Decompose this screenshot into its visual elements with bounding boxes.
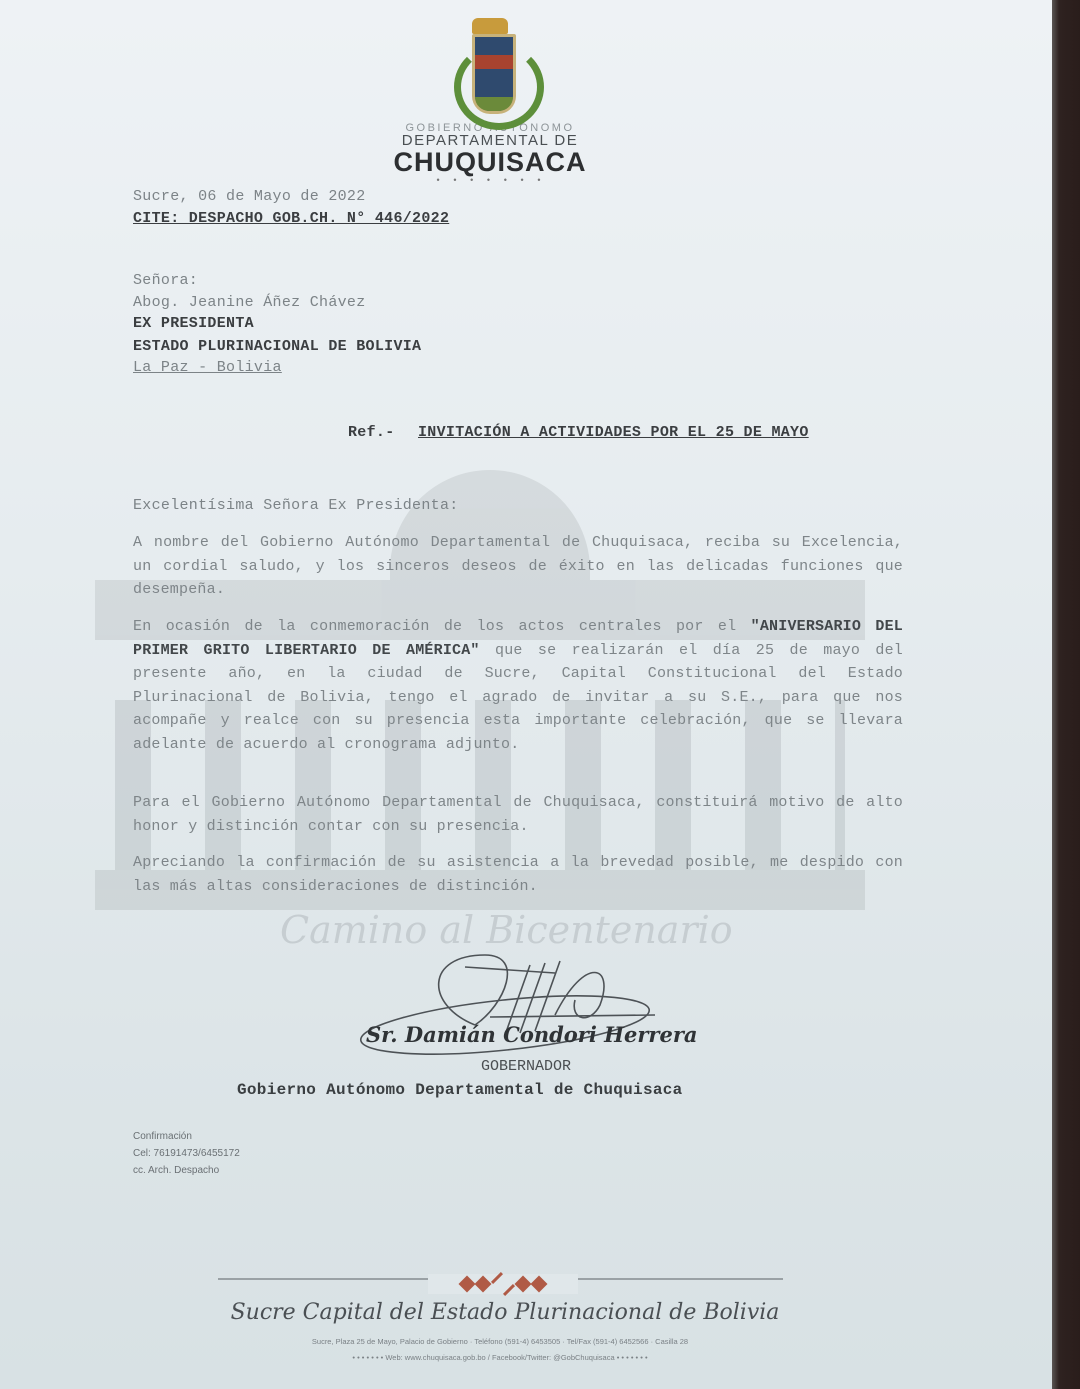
table-background-edge	[1052, 0, 1080, 1389]
letterhead-dots: • • • • • • •	[380, 176, 600, 186]
signer-name: Sr. Damián Condori Herrera	[366, 1022, 698, 1047]
letterhead-logo: GOBIERNO AUTÓNOMO DEPARTAMENTAL DE CHUQU…	[380, 18, 600, 186]
letterhead-line2: DEPARTAMENTAL DE	[380, 134, 600, 148]
confirmation-phone: Cel: 76191473/6455172	[133, 1145, 240, 1162]
footer-web: • • • • • • • Web: www.chuquisaca.gob.bo…	[0, 1353, 1000, 1362]
footer-motto: Sucre Capital del Estado Plurinacional d…	[0, 1300, 1010, 1325]
paragraph-3: Para el Gobierno Autónomo Departamental …	[133, 791, 903, 838]
footer-address: Sucre, Plaza 25 de Mayo, Palacio de Gobi…	[0, 1337, 1000, 1346]
recipient-location: La Paz - Bolivia	[133, 359, 282, 376]
recipient-salutation: Señora:	[133, 272, 198, 289]
letter-page: GOBIERNO AUTÓNOMO DEPARTAMENTAL DE CHUQU…	[0, 0, 1052, 1389]
coat-of-arms-icon	[442, 18, 538, 118]
letterhead-line3: CHUQUISACA	[380, 148, 600, 176]
confirmation-label: Confirmación	[133, 1128, 192, 1145]
cc-note: cc. Arch. Despacho	[133, 1162, 219, 1179]
paragraph-4: Apreciando la confirmación de su asisten…	[133, 851, 903, 898]
recipient-title: EX PRESIDENTA	[133, 315, 254, 332]
andean-ornament-icon	[428, 1274, 578, 1294]
signer-organization: Gobierno Autónomo Departamental de Chuqu…	[237, 1081, 683, 1099]
recipient-name: Abog. Jeanine Áñez Chávez	[133, 294, 366, 311]
signer-role: GOBERNADOR	[0, 1058, 1052, 1075]
paragraph-2: En ocasión de la conmemoración de los ac…	[133, 615, 903, 756]
reference-subject: INVITACIÓN A ACTIVIDADES POR EL 25 DE MA…	[418, 424, 809, 441]
greeting: Excelentísima Señora Ex Presidenta:	[133, 497, 459, 514]
recipient-institution: ESTADO PLURINACIONAL DE BOLIVIA	[133, 338, 421, 355]
place-date: Sucre, 06 de Mayo de 2022	[133, 188, 366, 205]
paragraph-2-intro: En ocasión de la conmemoración de los ac…	[133, 618, 751, 635]
reference-label: Ref.-	[348, 424, 395, 441]
cite-number: CITE: DESPACHO GOB.CH. N° 446/2022	[133, 210, 449, 227]
paragraph-1: A nombre del Gobierno Autónomo Departame…	[133, 531, 903, 602]
